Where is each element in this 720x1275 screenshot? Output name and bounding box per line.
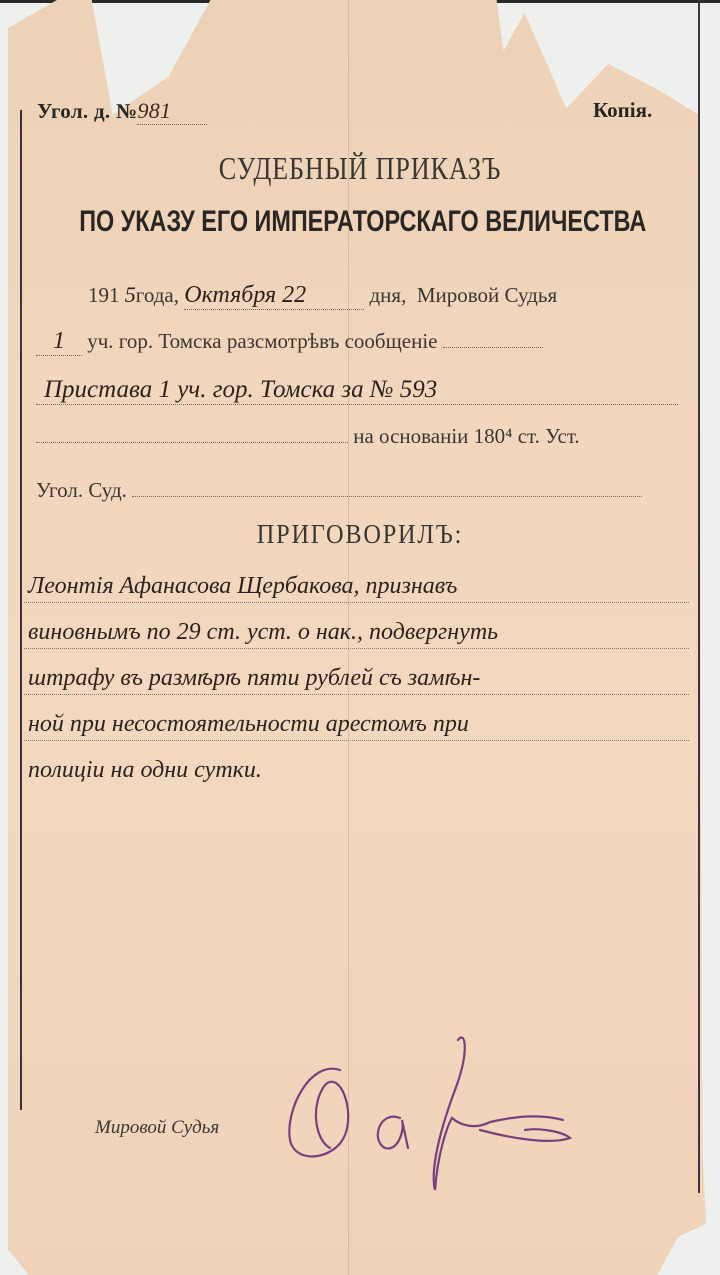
date-line: 191 5года, Октября 22 дня, Мировой Судья	[88, 282, 557, 310]
basis-text: на основаніи 180⁴ ст. Уст.	[353, 424, 579, 448]
district-text: уч. гор. Томска разсмотрѣвъ сообщеніе	[87, 329, 437, 353]
district-number: 1	[36, 328, 82, 356]
verdict-heading: ПРИГОВОРИЛЪ:	[36, 519, 684, 550]
dotted-fill	[36, 442, 348, 443]
dotted-fill	[443, 347, 543, 348]
copy-label: Копія.	[593, 98, 652, 123]
case-number-label: Угол. д. №	[37, 99, 137, 123]
year-prefix: 191	[88, 283, 120, 307]
year-digit: 5	[125, 282, 136, 307]
judge-label: Мировой Судья	[417, 283, 557, 307]
court-label: Угол. Суд.	[36, 478, 127, 502]
document-title: СУДЕБНЫЙ ПРИКАЗЪ	[65, 150, 655, 187]
court-line: Угол. Суд.	[36, 478, 642, 503]
judge-signature	[280, 1030, 580, 1200]
verdict-line: ной при несостоятельности арестомъ при	[24, 706, 689, 741]
verdict-line: штрафу въ размѣрѣ пяти рублей съ замѣн-	[24, 660, 689, 695]
month-day-value: Октября 22	[184, 282, 364, 310]
handwritten-source: Пристава 1 уч. гор. Томска за № 593	[44, 376, 437, 404]
court-value	[132, 496, 642, 497]
year-word: года,	[136, 283, 179, 307]
district-line: 1 уч. гор. Томска разсмотрѣвъ сообщеніе	[36, 328, 543, 356]
source-line: Пристава 1 уч. гор. Томска за № 593	[36, 370, 678, 405]
document-subtitle: ПО УКАЗУ ЕГО ИМПЕРАТОРСКАГО ВЕЛИЧЕСТВА	[79, 205, 641, 239]
frame-border-right	[698, 0, 700, 1193]
verdict-line: Леонтія Афанасова Щербакова, признавъ	[24, 568, 689, 603]
verdict-line: виновнымъ по 29 ст. уст. о нак., подверг…	[24, 614, 689, 649]
basis-line: на основаніи 180⁴ ст. Уст.	[36, 424, 580, 449]
frame-border-left	[20, 110, 22, 1110]
signature-label: Мировой Судья	[95, 1117, 219, 1139]
case-number-value: 981	[137, 98, 207, 125]
verdict-line: полиціи на одни сутки.	[24, 752, 689, 786]
day-word: дня,	[370, 283, 407, 307]
case-number-field: Угол. д. №981	[37, 98, 207, 125]
